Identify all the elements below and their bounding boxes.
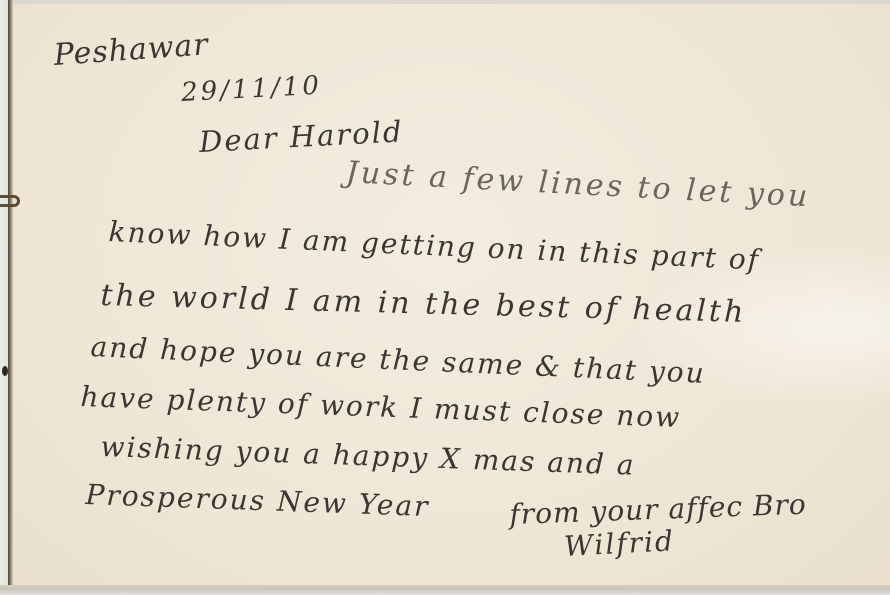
letter-place: Peshawar — [53, 27, 210, 73]
binding-hole-icon — [2, 366, 8, 376]
letter-body-line: Just a few lines to let you — [345, 155, 811, 214]
letter-body-line: wishing you a happy X mas and a — [100, 430, 636, 482]
letter-salutation: Dear Harold — [198, 114, 404, 159]
letter-body-line: the world I am in the best of health — [100, 278, 747, 330]
page-bottom-edge — [0, 585, 890, 595]
binding-edge — [8, 0, 13, 595]
binding-thread-icon — [0, 195, 20, 207]
letter-body-line: and hope you are the same & that you — [90, 330, 706, 390]
binding-strip — [0, 0, 8, 595]
letter-body-line: Prosperous New Year — [85, 478, 430, 523]
letter-signature: Wilfrid — [563, 524, 675, 563]
letter-page: Peshawar 29/11/10 Dear Harold Just a few… — [0, 0, 890, 595]
letter-body-line: have plenty of work I must close now — [80, 380, 682, 434]
page-top-edge — [0, 0, 890, 4]
letter-body-line: know how I am getting on in this part of — [108, 215, 761, 276]
letter-date: 29/11/10 — [180, 71, 322, 108]
